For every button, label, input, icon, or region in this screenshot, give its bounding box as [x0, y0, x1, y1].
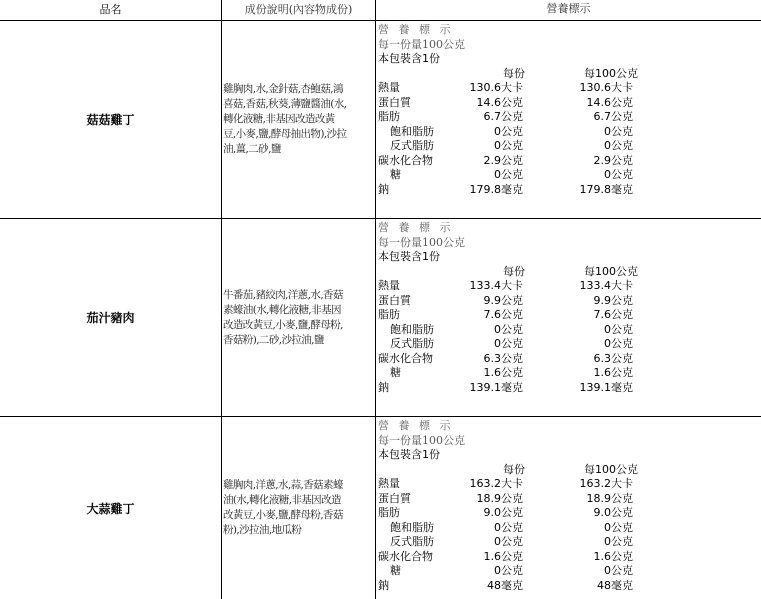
nutrient-label: 脂肪	[378, 506, 458, 521]
nutrient-label: 糖	[378, 366, 458, 381]
nutrition-row-sodium: 鈉 179.8毫克 179.8毫克	[378, 183, 758, 198]
nutrient-label: 鈉	[378, 183, 458, 198]
nutrition-row-carbohydrate: 碳水化合物 1.6公克 1.6公克	[378, 550, 758, 565]
nutrition-column-headers: 每份 每100公克	[378, 67, 758, 82]
nutrition-row-saturated-fat: 飽和脂肪 0公克 0公克	[378, 125, 758, 140]
nutrient-label: 鈉	[378, 579, 458, 594]
nutrition-row-protein: 蛋白質 14.6公克 14.6公克	[378, 96, 758, 111]
nutrient-label: 蛋白質	[378, 96, 458, 111]
nutrition-title: 營 養 標 示	[378, 23, 758, 38]
per-100g-value: 179.8毫克	[523, 183, 633, 198]
nutrition-row-fat: 脂肪 9.0公克 9.0公克	[378, 506, 758, 521]
per-100g-value: 0公克	[523, 521, 633, 536]
nutrition-row-calories: 熱量 163.2大卡 163.2大卡	[378, 477, 758, 492]
per-100g-value: 0公克	[523, 125, 633, 140]
nutrition-row-saturated-fat: 飽和脂肪 0公克 0公克	[378, 521, 758, 536]
per-100g-value: 163.2大卡	[523, 477, 633, 492]
nutrition-row-fat: 脂肪 7.6公克 7.6公克	[378, 308, 758, 323]
product-name: 大蒜雞丁	[0, 417, 221, 599]
nutrient-label: 飽和脂肪	[378, 125, 458, 140]
per-100g-value: 130.6大卡	[523, 81, 633, 96]
ingredients-line: 雞胸肉,洋蔥,水,蒜,香菇素蠔	[223, 478, 343, 493]
nutrition-row-trans-fat: 反式脂肪 0公克 0公克	[378, 337, 758, 352]
ingredients-line: 豆,小麥,鹽,酵母抽出物),沙拉	[223, 127, 346, 142]
nutrient-label: 反式脂肪	[378, 337, 458, 352]
per-serving-value: 130.6大卡	[458, 81, 523, 96]
product-name: 菇菇雞丁	[0, 21, 221, 218]
ingredients-line: 油,薑,二砂,鹽	[223, 142, 346, 157]
ingredients-line: 粉),沙拉油,地瓜粉	[223, 523, 343, 538]
per-serving-header: 每份	[458, 67, 525, 82]
per-100g-header: 每100公克	[525, 67, 638, 82]
nutrient-label: 碳水化合物	[378, 154, 458, 169]
per-100g-value: 0公克	[523, 168, 633, 183]
nutrition-row-calories: 熱量 133.4大卡 133.4大卡	[378, 279, 758, 294]
ingredients-line: 改黃豆,小麥,鹽,酵母粉,香菇	[223, 508, 343, 523]
per-serving-value: 0公克	[458, 168, 523, 183]
nutrient-label: 熱量	[378, 279, 458, 294]
per-serving-value: 179.8毫克	[458, 183, 523, 198]
table-row: 茄汁豬肉 牛番茄,豬絞肉,洋蔥,水,香菇素蠔油(水,轉化液糖,非基因改造改黃豆,…	[0, 219, 761, 416]
per-serving-value: 1.6公克	[458, 550, 523, 565]
nutrient-label: 反式脂肪	[378, 139, 458, 154]
per-serving-value: 0公克	[458, 521, 523, 536]
header-product-name: 品名	[0, 0, 221, 20]
ingredients-line: 喜菇,香菇,秋葵,薄鹽醬油(水,	[223, 97, 346, 112]
nutrition-row-carbohydrate: 碳水化合物 6.3公克 6.3公克	[378, 352, 758, 367]
nutrient-label: 熱量	[378, 81, 458, 96]
per-serving-value: 139.1毫克	[458, 381, 523, 396]
per-100g-value: 0公克	[523, 139, 633, 154]
nutrient-label: 碳水化合物	[378, 550, 458, 565]
nutrition-row-trans-fat: 反式脂肪 0公克 0公克	[378, 535, 758, 550]
per-100g-value: 139.1毫克	[523, 381, 633, 396]
nutrition-row-protein: 蛋白質 18.9公克 18.9公克	[378, 492, 758, 507]
per-100g-value: 14.6公克	[523, 96, 633, 111]
per-serving-value: 2.9公克	[458, 154, 523, 169]
ingredients-line: 油(水,轉化液糖,非基因改造	[223, 493, 343, 508]
per-serving-value: 18.9公克	[458, 492, 523, 507]
nutrition-title: 營 養 標 示	[378, 221, 758, 236]
per-100g-value: 0公克	[523, 323, 633, 338]
nutrient-label: 飽和脂肪	[378, 521, 458, 536]
nutrition-row-sodium: 鈉 48毫克 48毫克	[378, 579, 758, 594]
nutrient-label: 糖	[378, 564, 458, 579]
ingredients-text: 雞胸肉,洋蔥,水,蒜,香菇素蠔油(水,轉化液糖,非基因改造改黃豆,小麥,鹽,酵母…	[223, 417, 373, 599]
nutrition-title: 營 養 標 示	[378, 419, 758, 434]
per-100g-value: 2.9公克	[523, 154, 633, 169]
header-ingredients: 成份說明(內容物成份)	[222, 0, 375, 20]
ingredients-text: 牛番茄,豬絞肉,洋蔥,水,香菇素蠔油(水,轉化液糖,非基因改造改黃豆,小麥,鹽,…	[223, 219, 373, 416]
table-row: 大蒜雞丁 雞胸肉,洋蔥,水,蒜,香菇素蠔油(水,轉化液糖,非基因改造改黃豆,小麥…	[0, 417, 761, 599]
nutrient-label: 蛋白質	[378, 294, 458, 309]
nutrition-facts: 營 養 標 示 每一份量100公克 本包裝含1份 每份 每100公克 熱量 13…	[378, 221, 758, 395]
per-serving-value: 9.0公克	[458, 506, 523, 521]
per-serving-value: 163.2大卡	[458, 477, 523, 492]
per-serving-value: 6.3公克	[458, 352, 523, 367]
per-serving-header: 每份	[458, 265, 525, 280]
ingredients-line: 香菇粉),二砂,沙拉油,鹽	[223, 333, 343, 348]
header-nutrition: 營養標示	[376, 2, 761, 22]
nutrition-row-trans-fat: 反式脂肪 0公克 0公克	[378, 139, 758, 154]
nutrient-label: 飽和脂肪	[378, 323, 458, 338]
nutrient-label: 反式脂肪	[378, 535, 458, 550]
nutrition-row-sodium: 鈉 139.1毫克 139.1毫克	[378, 381, 758, 396]
nutrition-row-sugar: 糖 0公克 0公克	[378, 564, 758, 579]
product-name: 茄汁豬肉	[0, 219, 221, 416]
nutrient-label: 脂肪	[378, 308, 458, 323]
nutrition-column-headers: 每份 每100公克	[378, 265, 758, 280]
per-100g-value: 0公克	[523, 337, 633, 352]
ingredients-line: 素蠔油(水,轉化液糖,非基因	[223, 303, 343, 318]
serving-size: 每一份量100公克	[378, 236, 758, 251]
per-serving-value: 1.6公克	[458, 366, 523, 381]
nutrient-label: 熱量	[378, 477, 458, 492]
per-serving-value: 0公克	[458, 535, 523, 550]
nutrition-column-headers: 每份 每100公克	[378, 463, 758, 478]
per-100g-value: 6.7公克	[523, 110, 633, 125]
per-100g-header: 每100公克	[525, 265, 638, 280]
nutrition-row-calories: 熱量 130.6大卡 130.6大卡	[378, 81, 758, 96]
serving-size: 每一份量100公克	[378, 38, 758, 53]
nutrition-facts: 營 養 標 示 每一份量100公克 本包裝含1份 每份 每100公克 熱量 13…	[378, 23, 758, 197]
ingredients-line: 改造改黃豆,小麥,鹽,酵母粉,	[223, 318, 343, 333]
per-serving-value: 0公克	[458, 323, 523, 338]
per-serving-value: 0公克	[458, 125, 523, 140]
nutrient-label: 鈉	[378, 381, 458, 396]
nutrient-label: 碳水化合物	[378, 352, 458, 367]
nutrition-facts: 營 養 標 示 每一份量100公克 本包裝含1份 每份 每100公克 熱量 16…	[378, 419, 758, 593]
per-100g-value: 48毫克	[523, 579, 633, 594]
per-100g-value: 1.6公克	[523, 550, 633, 565]
table-row: 菇菇雞丁 雞胸肉,水,金針菇,杏鮑菇,鴻喜菇,香菇,秋葵,薄鹽醬油(水,轉化液糖…	[0, 21, 761, 218]
per-serving-value: 0公克	[458, 564, 523, 579]
per-serving-header: 每份	[458, 463, 525, 478]
per-serving-value: 133.4大卡	[458, 279, 523, 294]
per-serving-value: 14.6公克	[458, 96, 523, 111]
nutrition-row-protein: 蛋白質 9.9公克 9.9公克	[378, 294, 758, 309]
nutrient-label: 脂肪	[378, 110, 458, 125]
ingredients-text: 雞胸肉,水,金針菇,杏鮑菇,鴻喜菇,香菇,秋葵,薄鹽醬油(水,轉化液糖,非基因改…	[223, 21, 373, 218]
nutrition-row-sugar: 糖 0公克 0公克	[378, 168, 758, 183]
per-serving-value: 48毫克	[458, 579, 523, 594]
ingredients-line: 雞胸肉,水,金針菇,杏鮑菇,鴻	[223, 82, 346, 97]
per-100g-value: 6.3公克	[523, 352, 633, 367]
per-100g-value: 133.4大卡	[523, 279, 633, 294]
per-serving-value: 0公克	[458, 337, 523, 352]
per-100g-value: 9.9公克	[523, 294, 633, 309]
servings-per-pack: 本包裝含1份	[378, 250, 758, 265]
nutrition-row-fat: 脂肪 6.7公克 6.7公克	[378, 110, 758, 125]
per-serving-value: 6.7公克	[458, 110, 523, 125]
per-serving-value: 7.6公克	[458, 308, 523, 323]
per-100g-value: 0公克	[523, 564, 633, 579]
servings-per-pack: 本包裝含1份	[378, 448, 758, 463]
nutrition-row-saturated-fat: 飽和脂肪 0公克 0公克	[378, 323, 758, 338]
per-serving-value: 9.9公克	[458, 294, 523, 309]
ingredients-line: 轉化液糖,非基因改造改黃	[223, 112, 346, 127]
nutrient-label: 蛋白質	[378, 492, 458, 507]
per-100g-value: 18.9公克	[523, 492, 633, 507]
per-100g-value: 7.6公克	[523, 308, 633, 323]
serving-size: 每一份量100公克	[378, 434, 758, 449]
nutrition-row-sugar: 糖 1.6公克 1.6公克	[378, 366, 758, 381]
per-100g-value: 9.0公克	[523, 506, 633, 521]
servings-per-pack: 本包裝含1份	[378, 52, 758, 67]
ingredients-line: 牛番茄,豬絞肉,洋蔥,水,香菇	[223, 288, 343, 303]
per-serving-value: 0公克	[458, 139, 523, 154]
per-100g-value: 1.6公克	[523, 366, 633, 381]
nutrition-row-carbohydrate: 碳水化合物 2.9公克 2.9公克	[378, 154, 758, 169]
nutrient-label: 糖	[378, 168, 458, 183]
per-100g-value: 0公克	[523, 535, 633, 550]
per-100g-header: 每100公克	[525, 463, 638, 478]
